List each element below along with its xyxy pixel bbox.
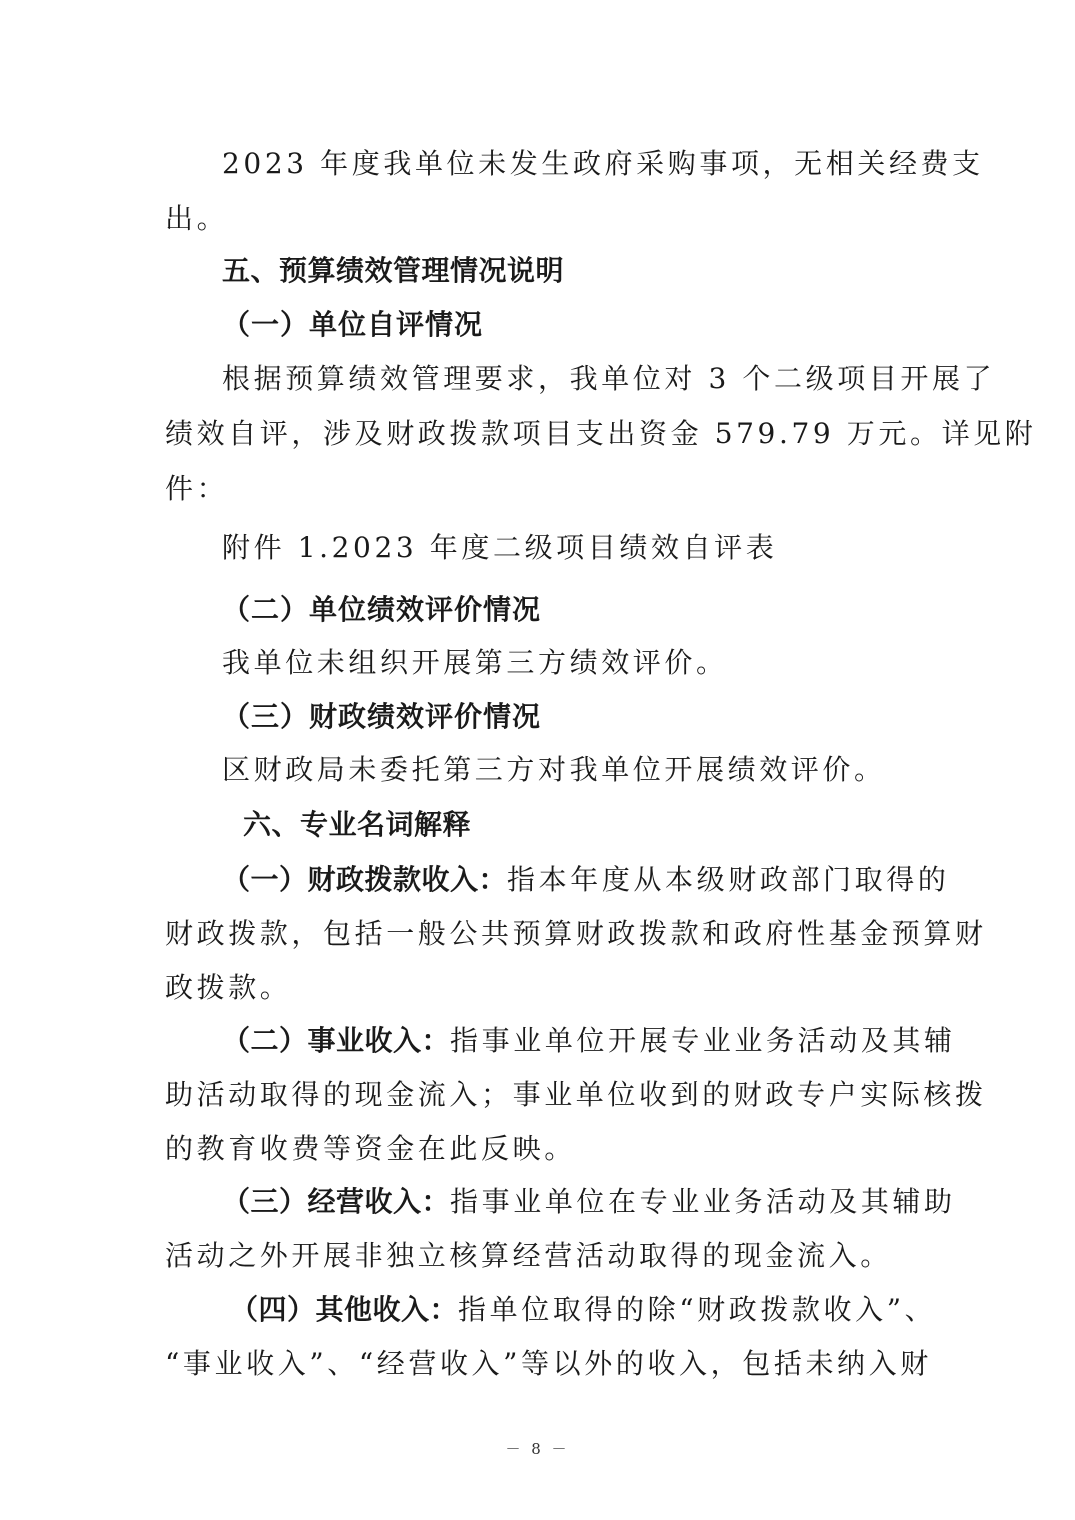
- self-evaluation-paragraph-line-1: 根据预算绩效管理要求，我单位对 3 个二级项目开展了: [222, 361, 972, 397]
- procurement-paragraph-line-1: 2023 年度我单位未发生政府采购事项，无相关经费支: [222, 146, 972, 182]
- term-1-definition-start: 指本年度从本级财政部门取得的: [507, 863, 949, 896]
- self-evaluation-paragraph-line-3: 件：: [165, 471, 915, 507]
- term-2-line-3: 的教育收费等资金在此反映。: [165, 1131, 915, 1167]
- term-1-line-1: （一）财政拨款收入：指本年度从本级财政部门取得的: [222, 862, 972, 898]
- term-2-label: （二）事业收入：: [222, 1024, 450, 1057]
- term-3-line-2: 活动之外开展非独立核算经营活动取得的现金流入。: [165, 1238, 915, 1274]
- section-5-1-heading: （一）单位自评情况: [222, 307, 972, 343]
- procurement-paragraph-line-2: 出。: [165, 201, 915, 237]
- attachment-reference: 附件 1.2023 年度二级项目绩效自评表: [222, 530, 972, 566]
- unit-evaluation-text: 我单位未组织开展第三方绩效评价。: [222, 645, 972, 681]
- finance-evaluation-text: 区财政局未委托第三方对我单位开展绩效评价。: [222, 752, 972, 788]
- section-5-2-heading: （二）单位绩效评价情况: [222, 592, 972, 628]
- section-6-heading: 六、专业名词解释: [243, 807, 993, 843]
- term-2-line-1: （二）事业收入：指事业单位开展专业业务活动及其辅: [222, 1023, 972, 1059]
- term-1-line-3: 政拨款。: [165, 970, 915, 1006]
- term-4-line-2: “事业收入”、“经营收入”等以外的收入，包括未纳入财: [165, 1346, 915, 1382]
- section-5-3-heading: （三）财政绩效评价情况: [222, 699, 972, 735]
- term-2-definition-start: 指事业单位开展专业业务活动及其辅: [450, 1024, 956, 1057]
- term-4-definition-start: 指单位取得的除“财政拨款收入”、: [458, 1293, 936, 1326]
- page-number: － 8 －: [0, 1438, 1075, 1459]
- term-1-label: （一）财政拨款收入：: [222, 863, 507, 896]
- section-5-heading: 五、预算绩效管理情况说明: [222, 253, 972, 289]
- term-3-definition-start: 指事业单位在专业业务活动及其辅助: [450, 1185, 956, 1218]
- document-page: 2023 年度我单位未发生政府采购事项，无相关经费支 出。 五、预算绩效管理情况…: [0, 0, 1075, 1520]
- term-3-line-1: （三）经营收入：指事业单位在专业业务活动及其辅助: [222, 1184, 972, 1220]
- term-4-line-1: （四）其他收入：指单位取得的除“财政拨款收入”、: [230, 1292, 980, 1328]
- self-evaluation-paragraph-line-2: 绩效自评，涉及财政拨款项目支出资金 579.79 万元。详见附: [165, 416, 915, 452]
- term-3-label: （三）经营收入：: [222, 1185, 450, 1218]
- term-1-line-2: 财政拨款，包括一般公共预算财政拨款和政府性基金预算财: [165, 916, 915, 952]
- term-4-label: （四）其他收入：: [230, 1293, 458, 1326]
- term-2-line-2: 助活动取得的现金流入；事业单位收到的财政专户实际核拨: [165, 1077, 915, 1113]
